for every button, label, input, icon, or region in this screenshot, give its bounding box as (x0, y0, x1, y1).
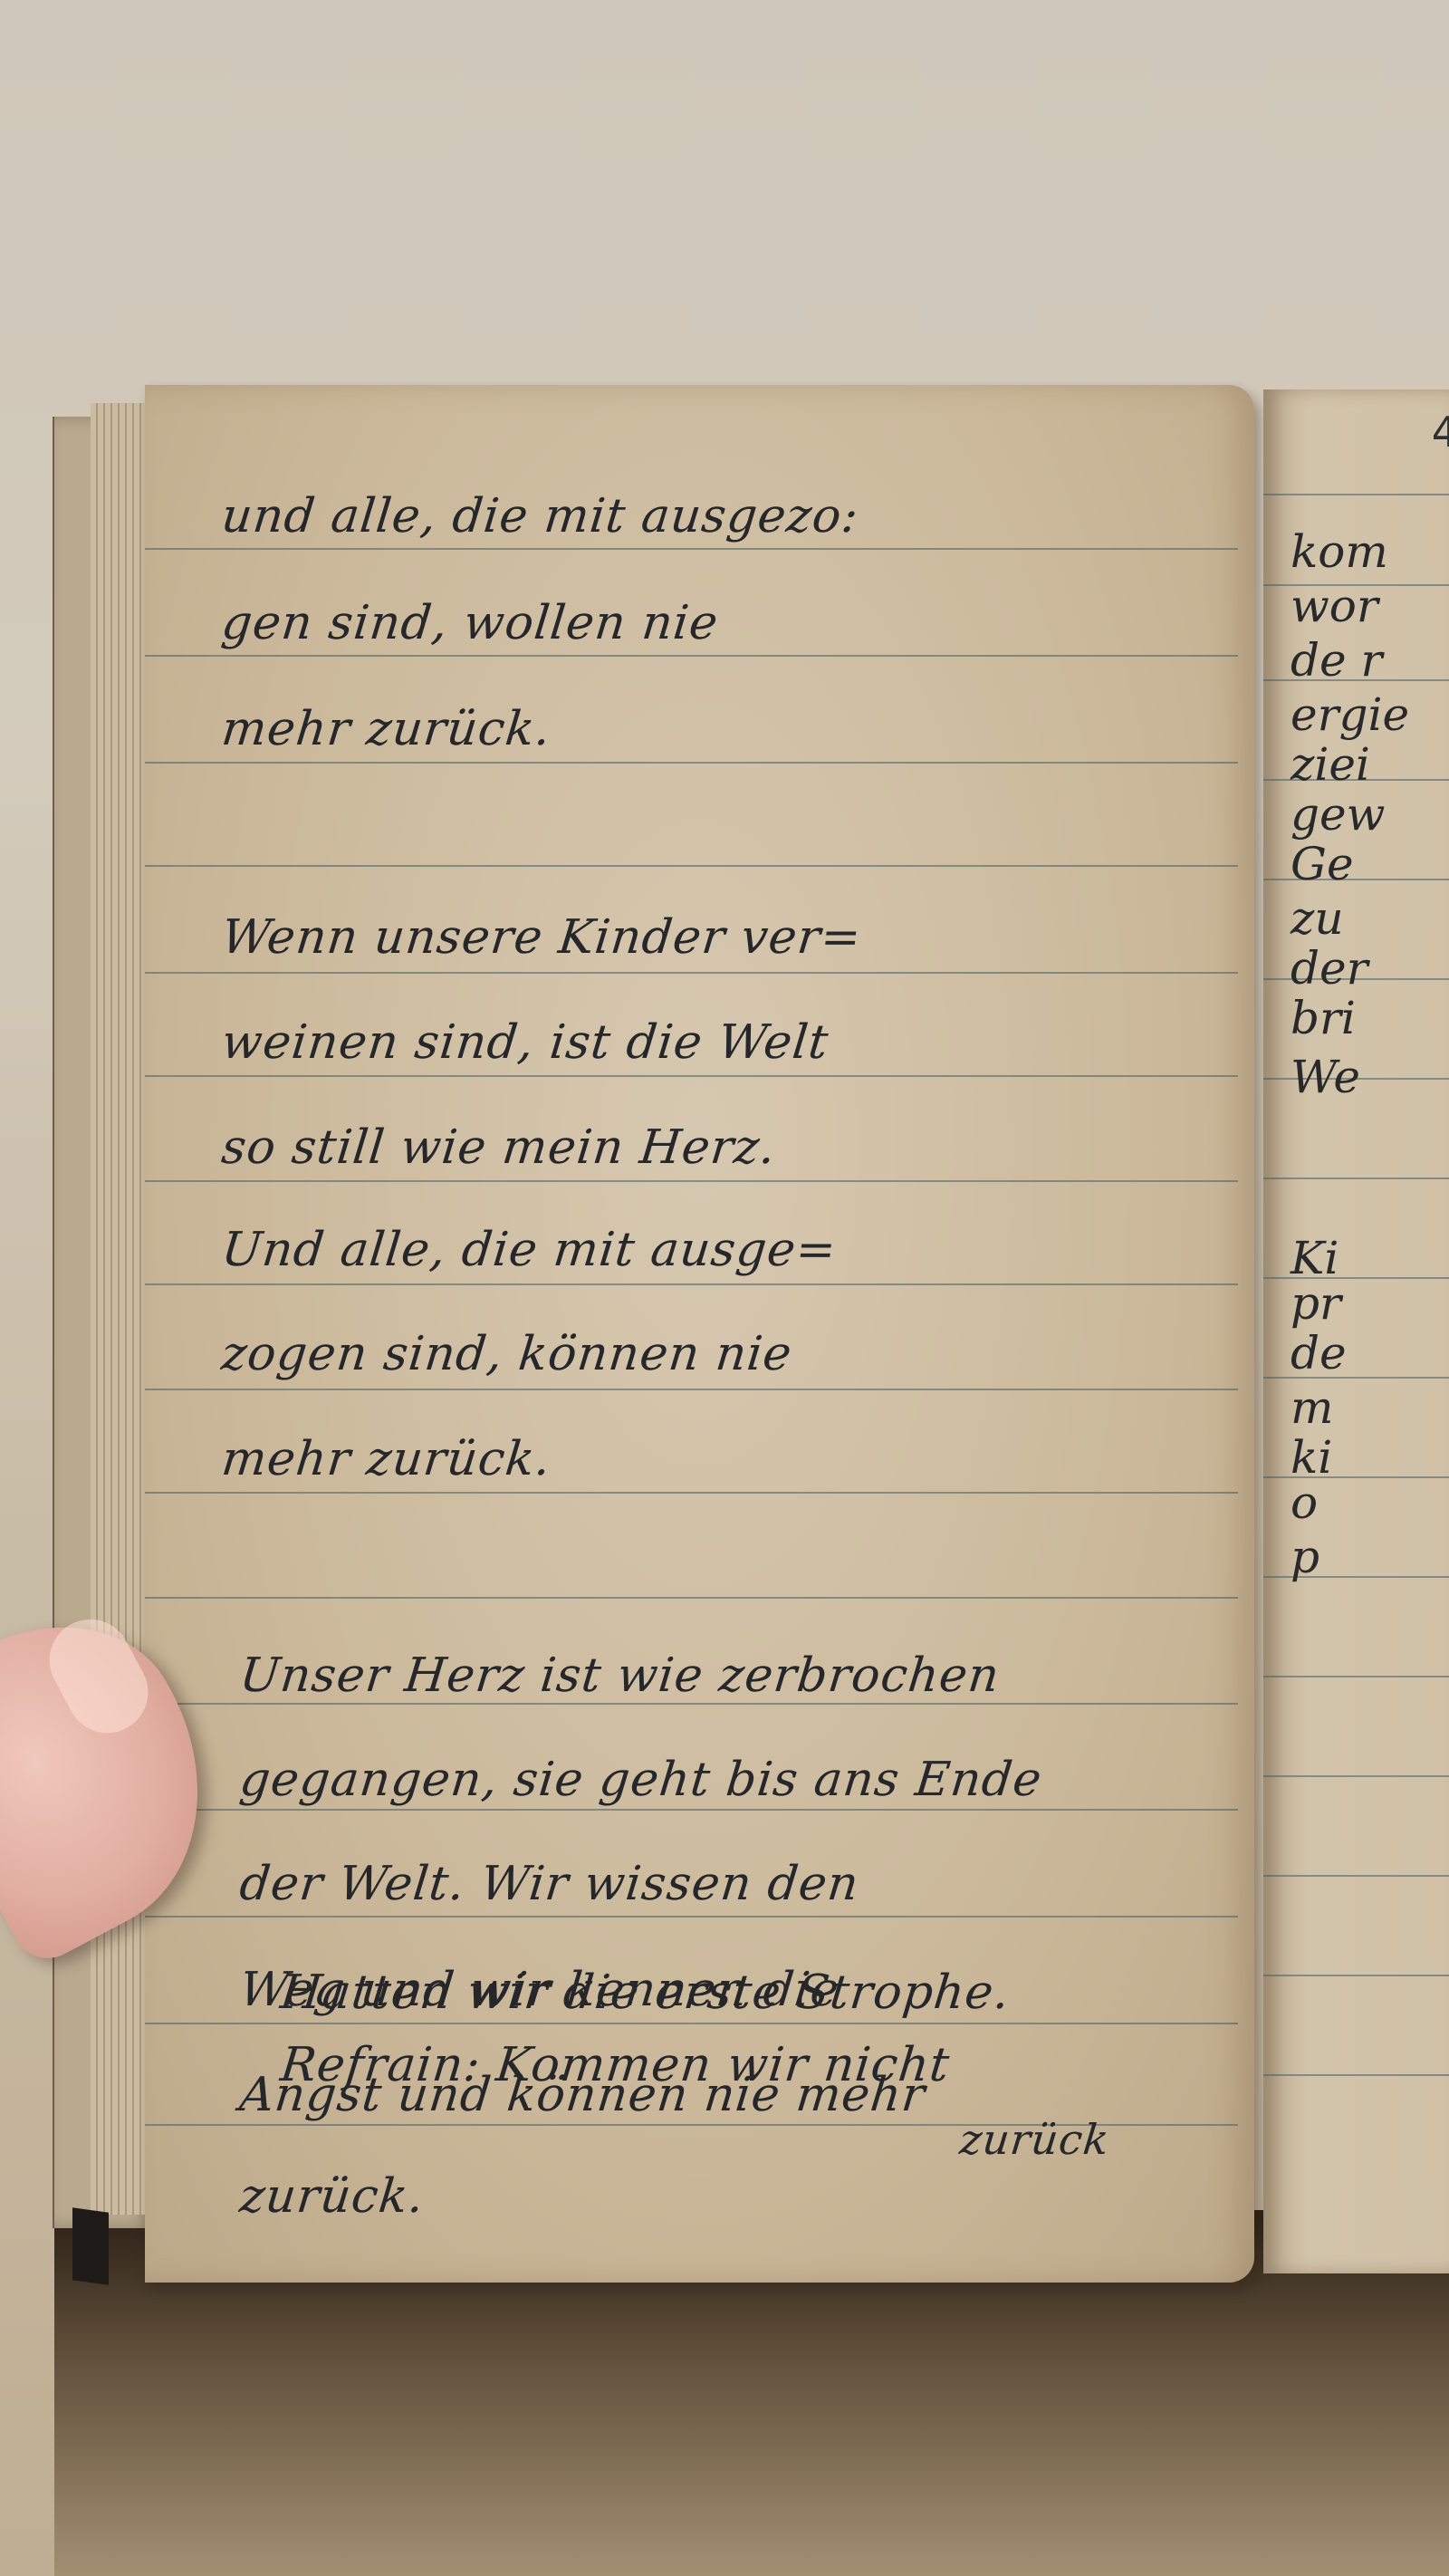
rule-line (145, 1180, 1238, 1182)
rule-line (1263, 494, 1449, 495)
rule-line (145, 1389, 1238, 1390)
handwritten-fragment: Ge (1291, 838, 1354, 890)
rule-line (145, 1809, 1238, 1811)
handwritten-line: Wenn unsere Kinder ver= (219, 910, 864, 965)
handwritten-continuation: zurück (957, 2115, 1112, 2164)
rule-line (145, 762, 1238, 764)
rule-line (145, 1075, 1238, 1077)
rule-line (145, 972, 1238, 974)
right-page: 4 kom wor de r ergie ziei gew Ge zu der … (1263, 389, 1449, 2273)
handwritten-fragment: zu (1291, 892, 1344, 945)
handwritten-fragment: de r (1291, 634, 1382, 687)
handwritten-fragment: We (1291, 1051, 1360, 1103)
handwritten-fragment: ziei (1291, 738, 1370, 791)
rule-line (145, 1916, 1238, 1918)
handwritten-line: gen sind, wollen nie (219, 596, 721, 650)
handwritten-line: Unser Herz ist wie zerbrochen (237, 1648, 1003, 1703)
rule-line (145, 655, 1238, 657)
rule-line (1263, 1975, 1449, 1976)
handwritten-line: weinen sind, ist die Welt (219, 1015, 831, 1070)
handwritten-fragment: pr (1291, 1277, 1341, 1330)
rule-line (145, 1703, 1238, 1705)
handwritten-fragment: kom (1291, 525, 1388, 578)
handwritten-line: Hatten wir die erste Strophe. (278, 1966, 1012, 2020)
rule-line (1263, 1875, 1449, 1877)
handwritten-line: und alle, die mit ausgezo: (219, 489, 861, 543)
rule-line (145, 1492, 1238, 1494)
handwritten-fragment: gew (1291, 788, 1385, 841)
handwritten-line: mehr zurück. (219, 1432, 554, 1486)
rule-line (1263, 1676, 1449, 1677)
handwritten-fragment: o (1291, 1476, 1318, 1529)
rule-line (1263, 1775, 1449, 1777)
paragraph-4: Hatten wir die erste Strophe. Refrain: K… (145, 1929, 1254, 2292)
handwritten-line: zogen sind, können nie (219, 1327, 795, 1381)
handwritten-line: gegangen, sie geht bis ans Ende (237, 1753, 1045, 1807)
handwritten-line: der Welt. Wir wissen den (237, 1857, 862, 1911)
handwritten-line: Refrain: Kommen wir nicht (278, 2038, 953, 2092)
handwritten-fragment: m (1291, 1381, 1333, 1434)
handwritten-fragment: de (1291, 1327, 1347, 1379)
handwritten-line: so still wie mein Herz. (219, 1120, 779, 1175)
handwritten-line: Und alle, die mit ausge= (219, 1223, 840, 1277)
rule-line (145, 1283, 1238, 1285)
handwritten-fragment: der (1291, 942, 1368, 995)
handwritten-line: mehr zurück. (219, 702, 554, 756)
handwritten-fragment: wor (1291, 580, 1378, 632)
page-number: 4 (1432, 408, 1449, 457)
rule-line (145, 548, 1238, 550)
handwritten-fragment: bri (1291, 992, 1356, 1044)
rule-line (145, 1597, 1238, 1599)
book-cover-corner (72, 2207, 109, 2285)
rule-line (145, 865, 1238, 867)
rule-line (1263, 1177, 1449, 1179)
handwritten-fragment: ergie (1291, 688, 1409, 741)
rule-line (1263, 2074, 1449, 2076)
handwritten-fragment: p (1291, 1531, 1319, 1583)
